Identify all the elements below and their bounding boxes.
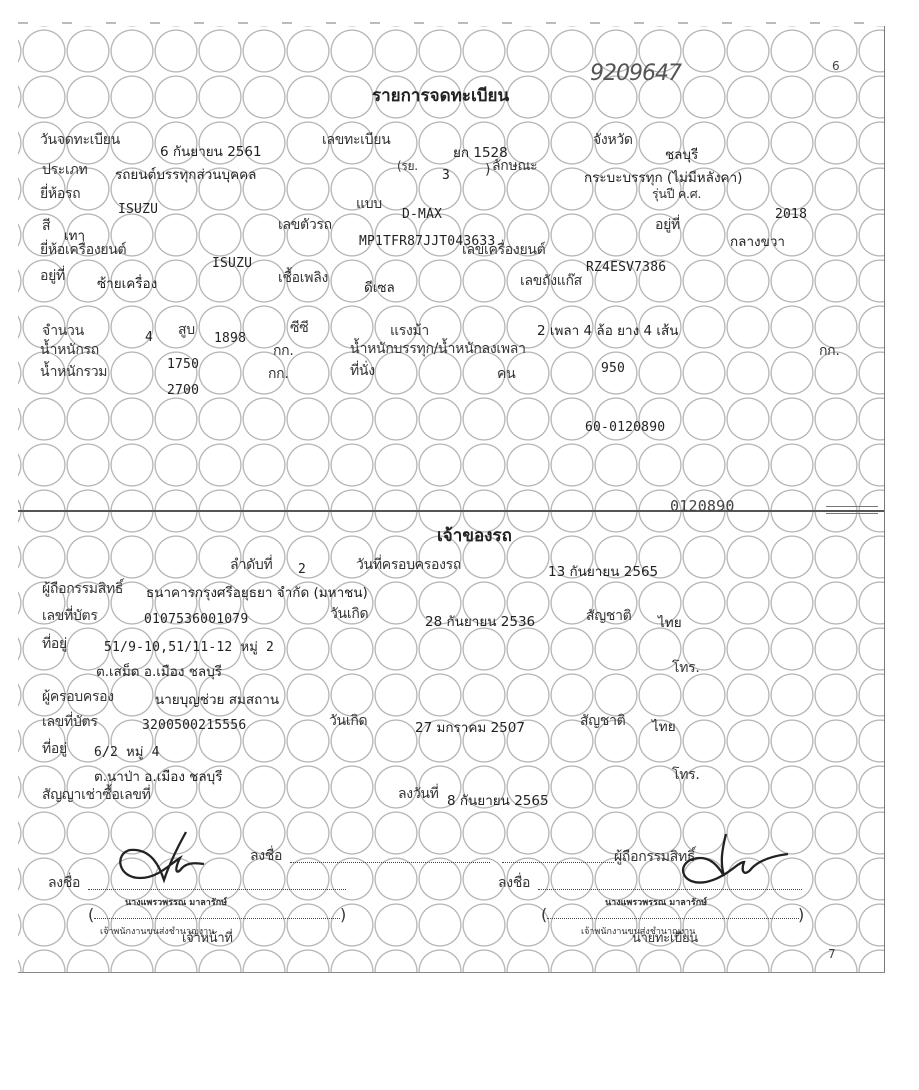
chassis-location-label: อยู่ที่ xyxy=(655,217,680,233)
vehicle-type: รถยนต์บรรทุกส่วนบุคคล xyxy=(115,167,256,183)
possessor-nationality-label: สัญชาติ xyxy=(580,713,625,729)
officer-name: นางแพรวพรรณ มาลารักษ์ xyxy=(125,895,227,911)
possessor-address-line2: ต.นาป่า อ.เมือง ชลบุรี xyxy=(94,769,222,785)
cc-label: ซีซี xyxy=(290,320,308,336)
possessor-tel-label: โทร. xyxy=(672,767,700,783)
officer-paren-close: ) xyxy=(340,905,346,924)
load-unit: กก. xyxy=(819,343,840,359)
engine-number: RZ4ESV7386 xyxy=(586,260,666,276)
officer-sign-label: ลงชื่อ xyxy=(48,875,80,891)
registrar-sign-line xyxy=(538,889,802,890)
officer-role: เจ้าหน้าที่ xyxy=(182,931,233,947)
chassis-location: กลางขวา xyxy=(730,234,785,250)
holder-name: ธนาคารกรุงศรีอยุธยา จำกัด (มหาชน) xyxy=(146,585,368,601)
weight-unit: กก. xyxy=(273,343,294,359)
top-edge-dashes xyxy=(18,22,884,24)
owner-section-title: เจ้าของรถ xyxy=(437,528,512,544)
holder-id-label: เลขที่บัตร xyxy=(42,608,98,624)
province: ชลบุรี xyxy=(665,147,698,163)
cylinder-count: 4 xyxy=(145,330,153,346)
axles-wheels: 2 เพลา 4 ล้อ ยาง 4 เส้น xyxy=(537,323,678,339)
holder-label: ผู้ถือกรรมสิทธิ์ xyxy=(42,581,123,597)
section-divider xyxy=(18,510,884,512)
registrar-paren-open: ( xyxy=(541,905,547,924)
holder-dob: 28 กันยายน 2536 xyxy=(425,614,535,630)
model: D-MAX xyxy=(402,207,442,223)
signature-holder-icon xyxy=(112,828,212,888)
possessor-address-line1: 6/2 หมู่ 4 xyxy=(94,745,160,761)
page-title: รายการจดทะเบียน xyxy=(372,88,509,104)
engine-number-label: เลขเครื่องยนต์ xyxy=(462,242,545,258)
divider-double-line xyxy=(826,506,878,514)
engine-location-label: อยู่ที่ xyxy=(40,268,65,284)
lease-date-label: ลงวันที่ xyxy=(398,786,439,802)
gas-tank-label: เลขถังแก๊ส xyxy=(520,273,582,289)
officer-title-line xyxy=(94,918,340,919)
load-weight: 950 xyxy=(601,361,625,377)
reg-date: 6 กันยายน 2561 xyxy=(160,144,262,160)
page-number-bottom: 7 xyxy=(828,946,836,962)
gross-weight: 2700 xyxy=(167,383,199,399)
possession-date-label: วันที่ครอบครองรถ xyxy=(356,557,461,573)
model-year-label: รุ่นปี ค.ศ. xyxy=(652,186,701,202)
officer-paren-open: ( xyxy=(88,905,94,924)
registrar-paren-close: ) xyxy=(798,905,804,924)
engine-brand: ISUZU xyxy=(212,256,252,272)
brand: ISUZU xyxy=(118,202,158,218)
possessor-dob-label: วันเกิด xyxy=(329,713,367,729)
vehicle-style: กระบะบรรทุก (ไม่มีหลังคา) xyxy=(584,170,742,186)
lease-number-label: สัญญาเช่าซื้อเลขที่ xyxy=(42,787,151,803)
officer-sign-line xyxy=(88,889,346,890)
gross-weight-label: น้ำหนักรวม xyxy=(40,364,107,380)
signature-registrar-icon xyxy=(676,832,796,892)
reg-date-label: วันจดทะเบียน xyxy=(40,132,120,148)
holder-address-line1: 51/9-10,51/11-12 หมู่ 2 xyxy=(104,640,274,656)
plate-label: เลขทะเบียน xyxy=(322,132,390,148)
serial-struck: 0120890 xyxy=(670,498,735,514)
load-label: น้ำหนักบรรทุก/น้ำหนักลงเพลา xyxy=(350,341,526,357)
brand-label: ยี่ห้อรถ xyxy=(40,186,80,202)
holder-id: 0107536001079 xyxy=(144,612,248,628)
type-label: ประเภท xyxy=(42,162,87,178)
engine-cc: 1898 xyxy=(214,331,246,347)
ry-value: 3 xyxy=(442,168,450,184)
page-number-top: 6 xyxy=(832,58,840,74)
province-label: จังหวัด xyxy=(593,132,633,148)
possessor-name: นายบุญช่วย สมสถาน xyxy=(155,692,279,708)
holder-dob-label: วันเกิด xyxy=(330,606,368,622)
holder-tel-label: โทร. xyxy=(672,660,700,676)
holder-nationality: ไทย xyxy=(658,615,682,631)
holder-address-line2: ต.เสม็ด อ.เมือง ชลบุรี xyxy=(96,664,222,680)
gross-unit: กก. xyxy=(268,366,289,382)
registrar-name: นางแพรวพรรณ มาลารักษ์ xyxy=(605,895,707,911)
possessor-id-label: เลขที่บัตร xyxy=(42,714,98,730)
registrar-role: นายทะเบียน xyxy=(632,931,698,947)
engine-brand-label: ยี่ห้อเครื่องยนต์ xyxy=(40,242,126,258)
holder-sign-line-2 xyxy=(502,862,614,863)
possessor-label: ผู้ครอบครอง xyxy=(42,689,114,705)
handwritten-number: 9209647 xyxy=(590,66,681,82)
model-label: แบบ xyxy=(356,196,382,212)
fuel-label: เชื้อเพลิง xyxy=(278,270,328,286)
holder-nationality-label: สัญชาติ xyxy=(586,608,631,624)
holder-sign-label: ลงชื่อ xyxy=(250,848,282,864)
chassis-label: เลขตัวรถ xyxy=(278,217,332,233)
ry-label: (รย. xyxy=(397,158,418,174)
possessor-dob: 27 มกราคม 2507 xyxy=(415,720,525,736)
style-label: ลักษณะ xyxy=(492,158,537,174)
vehicle-weight: 1750 xyxy=(167,357,199,373)
form-serial: 60-0120890 xyxy=(585,420,665,436)
registrar-title-line xyxy=(547,918,799,919)
weight-label: น้ำหนักรถ xyxy=(40,342,99,358)
order-label: ลำดับที่ xyxy=(230,557,272,573)
holder-sign-line xyxy=(290,862,490,863)
possessor-address-label: ที่อยู่ xyxy=(42,741,67,757)
order-number: 2 xyxy=(298,562,306,578)
registrar-sign-label: ลงชื่อ xyxy=(498,875,530,891)
possessor-nationality: ไทย xyxy=(652,719,676,735)
lease-date: 8 กันยายน 2565 xyxy=(447,793,549,809)
color-label: สี xyxy=(42,218,50,234)
possession-date: 13 กันยายน 2565 xyxy=(548,564,658,580)
engine-location: ซ้ายเครื่อง xyxy=(97,276,157,292)
seats-label: ที่นั่ง xyxy=(350,363,375,379)
fuel: ดีเซล xyxy=(364,280,395,296)
horsepower-label: แรงม้า xyxy=(390,323,429,339)
possessor-id: 3200500215556 xyxy=(142,718,246,734)
model-year: 2018 xyxy=(775,207,807,223)
cylinder-label: สูบ xyxy=(178,322,195,338)
holder-address-label: ที่อยู่ xyxy=(42,636,67,652)
ry-close: ) xyxy=(485,162,490,178)
cylinder-count-label: จำนวน xyxy=(42,323,84,339)
seats-unit: คน xyxy=(497,366,515,382)
